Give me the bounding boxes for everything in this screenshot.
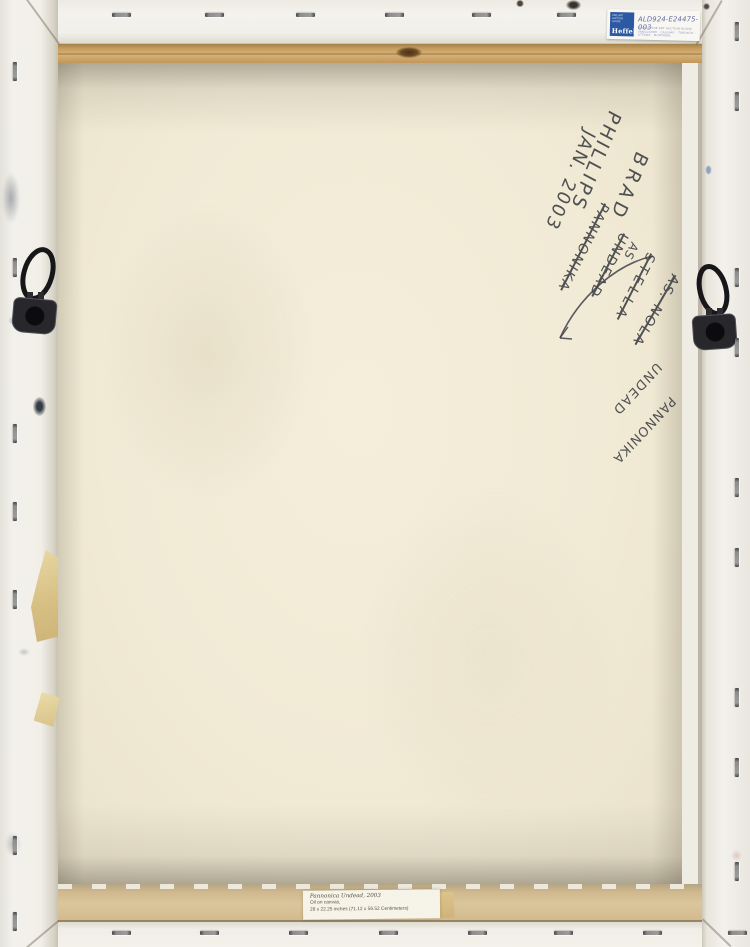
staple — [13, 502, 17, 521]
staple — [468, 931, 487, 935]
staple — [735, 22, 739, 41]
staple — [200, 931, 219, 935]
heffel-logo-microtext: FINE ART AUCTION HOUSE — [610, 12, 634, 24]
artwork-dimensions: 28 x 22.25 inches (71.12 x 56.52 Centime… — [310, 906, 436, 914]
dark-mark — [703, 3, 710, 10]
staple — [643, 931, 662, 935]
d-ring-hanger-left — [6, 240, 64, 340]
staple — [379, 931, 398, 935]
staple — [728, 931, 747, 935]
staple — [13, 836, 17, 855]
staple — [557, 13, 576, 17]
staple — [289, 931, 308, 935]
paint-smudge — [2, 172, 20, 224]
staple — [472, 13, 491, 17]
faint-mark — [731, 850, 742, 861]
staple — [205, 13, 224, 17]
heffel-wordmark: Heffel — [612, 27, 635, 36]
canvas-stain — [358, 483, 618, 823]
staple — [735, 478, 739, 497]
staple — [735, 548, 739, 567]
canvas-back-photo: BRAD PHILLIPS JAN. 2003 PANNONIKA UNDEAD… — [0, 0, 750, 947]
staple — [735, 268, 739, 287]
blue-paint-speck — [706, 166, 711, 174]
staple — [735, 688, 739, 707]
dark-mark — [516, 0, 524, 7]
stretcher-bar-left — [0, 0, 58, 947]
canvas-fray-edge — [58, 884, 702, 889]
dark-mark — [566, 0, 581, 10]
wood-grain-line — [58, 53, 702, 55]
staple — [735, 758, 739, 777]
wood-shadow — [698, 63, 702, 886]
stretcher-bar-right — [702, 0, 750, 947]
wood-knot — [396, 47, 422, 58]
paint-smudge — [33, 397, 46, 416]
canvas-stain — [98, 203, 318, 503]
staple — [385, 13, 404, 17]
staple — [13, 258, 17, 277]
staple — [112, 13, 131, 17]
staple — [735, 862, 739, 881]
staple — [296, 13, 315, 17]
staple — [112, 931, 131, 935]
heffel-logo: FINE ART AUCTION HOUSE Heffel — [610, 12, 635, 37]
paint-smudge — [18, 648, 30, 656]
staple — [13, 590, 17, 609]
heffel-label-microtext: HEFFEL FINE ART AUCTION HOUSE VANCOUVER … — [638, 27, 698, 39]
handwritten-arrow — [545, 240, 675, 370]
staple — [13, 62, 17, 81]
stretcher-inner-wood-top — [58, 44, 702, 63]
staple — [735, 92, 739, 111]
stretcher-inner-wood-right — [682, 63, 702, 886]
staple — [13, 424, 17, 443]
staple — [13, 912, 17, 931]
staple — [735, 338, 739, 357]
staple — [554, 931, 573, 935]
heffel-auction-label: FINE ART AUCTION HOUSE Heffel ALD924-E24… — [607, 9, 701, 41]
artwork-title-label: Pannonica Undead, 2003 Oil on canvas, 28… — [303, 889, 440, 919]
